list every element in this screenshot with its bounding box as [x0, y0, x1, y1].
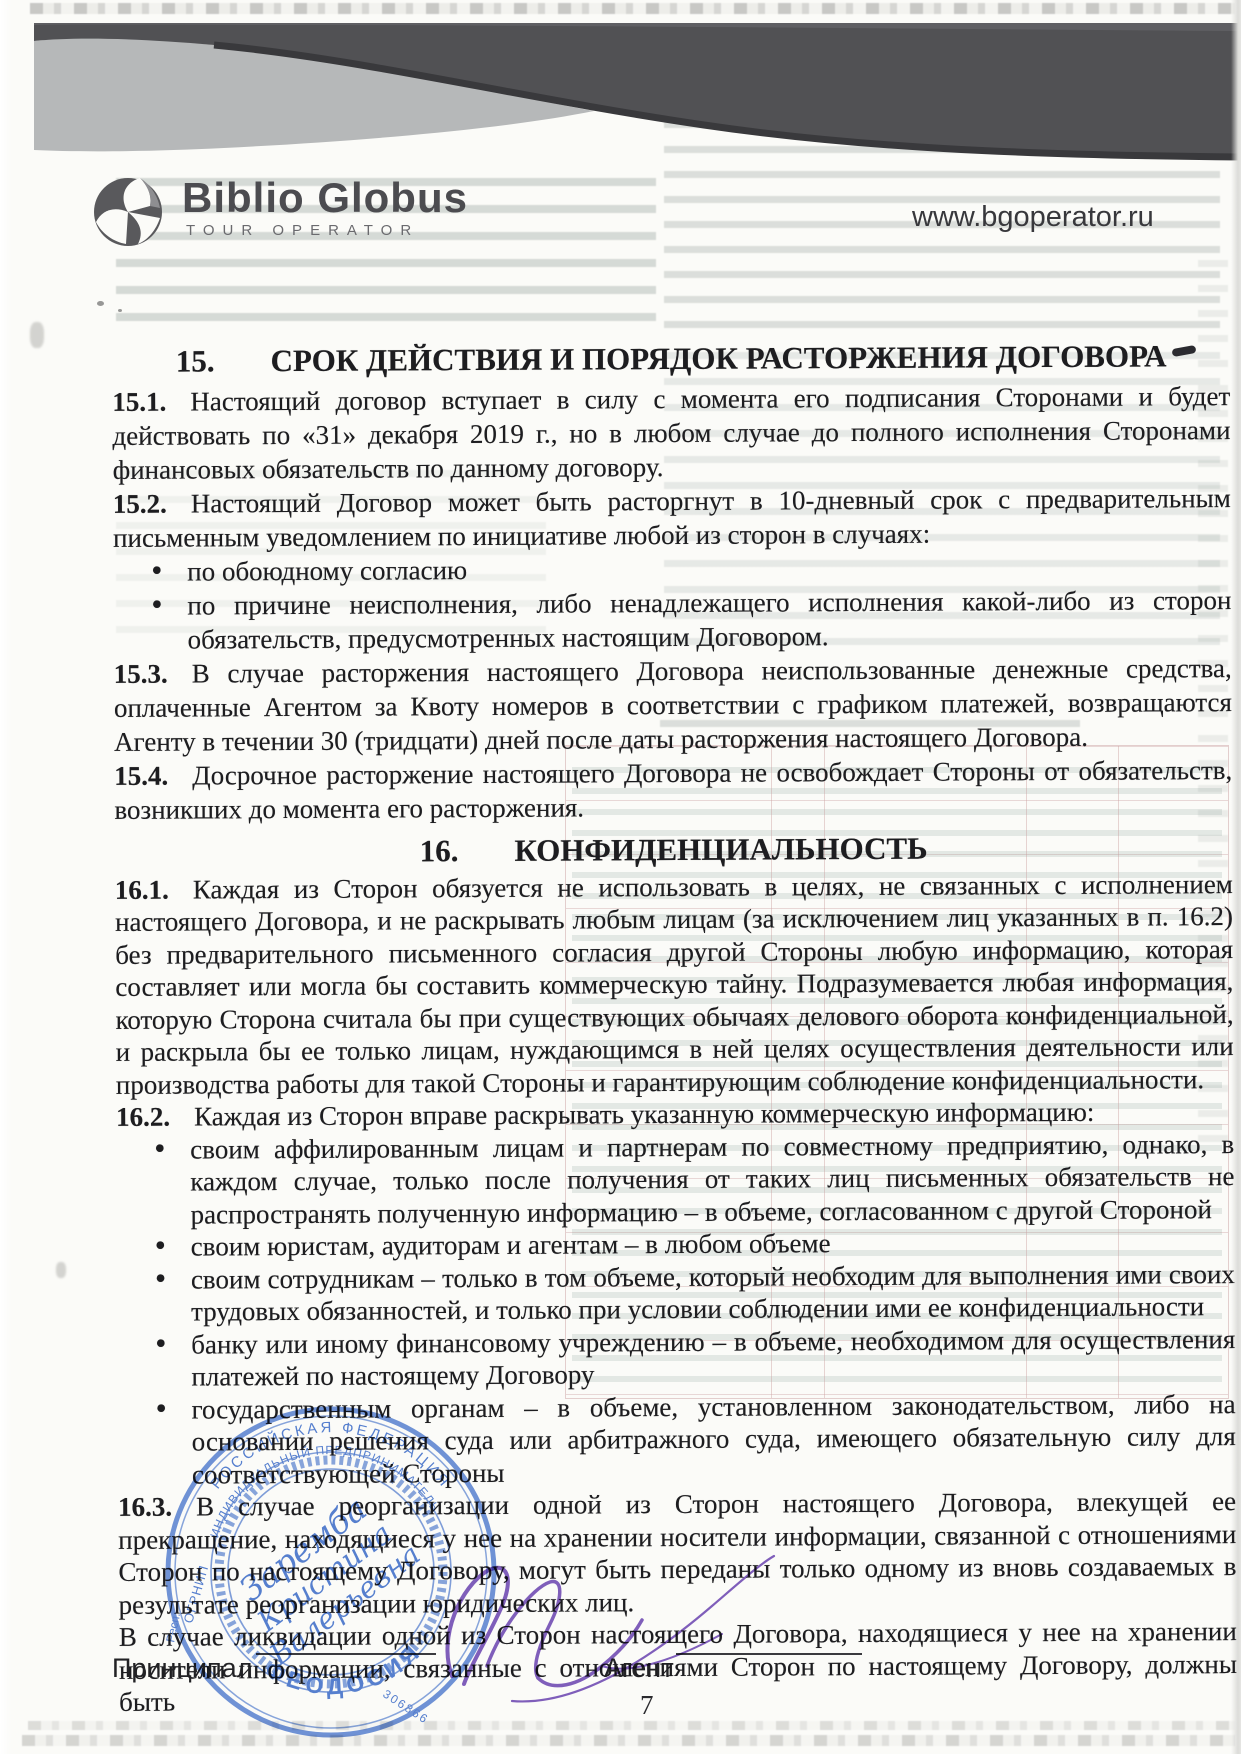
globe-swirl-icon [88, 170, 168, 250]
logo-subtitle: TOUR OPERATOR [186, 222, 468, 239]
bullet-item: своим юристам, аудиторам и агентам – в л… [191, 1225, 1235, 1263]
bullet-item: по причине неисполнения, либо ненадлежащ… [187, 583, 1231, 656]
section-15-title: СРОК ДЕЙСТВИЯ И ПОРЯДОК РАСТОРЖЕНИЯ ДОГО… [270, 339, 1166, 378]
clause-15-2-text: Настоящий Договор может быть расторгнут … [113, 483, 1231, 553]
clause-15-4-number: 15.4. [114, 761, 168, 791]
bullet-item: своим сотрудникам – только в том объеме,… [191, 1258, 1235, 1328]
bullet-item: своим аффилированным лицам и партнерам п… [190, 1128, 1234, 1231]
clause-16-1: 16.1.Каждая из Сторон обязуется не испол… [115, 868, 1234, 1101]
stamp-ogrnip-text: ОГРНИП [180, 1563, 211, 1625]
section-15-heading: 15. СРОК ДЕЙСТВИЯ И ПОРЯДОК РАСТОРЖЕНИЯ … [112, 339, 1230, 379]
clause-15-2: 15.2.Настоящий Договор может быть растор… [113, 481, 1231, 555]
logo-title: Biblio Globus [182, 176, 468, 220]
scan-speck [118, 309, 122, 312]
clause-16-2-text: Каждая из Сторон вправе раскрывать указа… [194, 1097, 1094, 1132]
clause-15-3-text: В случае расторжения настоящего Договора… [114, 653, 1232, 757]
section-16-heading: 16. КОНФИДЕНЦИАЛЬНОСТЬ [115, 831, 1233, 869]
clause-15-4: 15.4.Досрочное расторжение настоящего До… [114, 753, 1232, 827]
clause-15-2-number: 15.2. [113, 489, 167, 519]
clause-15-1-text: Настоящий договор вступает в силу с моме… [112, 381, 1230, 485]
handwritten-signature [392, 1516, 792, 1716]
clause-15-3-number: 15.3. [114, 659, 168, 689]
section-16-title: КОНФИДЕНЦИАЛЬНОСТЬ [514, 833, 927, 868]
clause-16-1-number: 16.1. [115, 874, 169, 904]
header-wave-band [34, 11, 1241, 171]
clause-16-2-number: 16.2. [116, 1102, 170, 1132]
clause-15-1-number: 15.1. [112, 387, 166, 417]
section-16-number: 16. [420, 835, 459, 868]
biblio-globus-logo: Biblio Globus TOUR OPERATOR [88, 170, 468, 250]
clause-15-4-text: Досрочное расторжение настоящего Договор… [114, 755, 1232, 825]
website-url: www.bgoperator.ru [912, 201, 1154, 234]
page-edge-light [0, 0, 12, 1754]
scan-smudge [56, 1262, 66, 1278]
scanned-contract-page: Biblio Globus TOUR OPERATOR www.bgoperat… [0, 0, 1241, 1754]
scan-smudge [30, 322, 44, 348]
clause-15-1: 15.1.Настоящий договор вступает в силу с… [112, 379, 1231, 487]
scan-speck [97, 301, 104, 306]
section-15-number: 15. [176, 344, 215, 378]
clause-15-2-bullet-list: по обоюдному согласию по причине неиспол… [113, 549, 1232, 657]
bullet-item: по обоюдному согласию [187, 549, 1231, 588]
clause-16-1-text: Каждая из Сторон обязуется не использова… [115, 869, 1234, 1100]
bullet-item: банку или иному финансовому учреждению –… [191, 1323, 1235, 1393]
section-15: 15. СРОК ДЕЙСТВИЯ И ПОРЯДОК РАСТОРЖЕНИЯ … [112, 339, 1233, 827]
clause-15-3: 15.3.В случае расторжения настоящего Дог… [114, 651, 1233, 759]
